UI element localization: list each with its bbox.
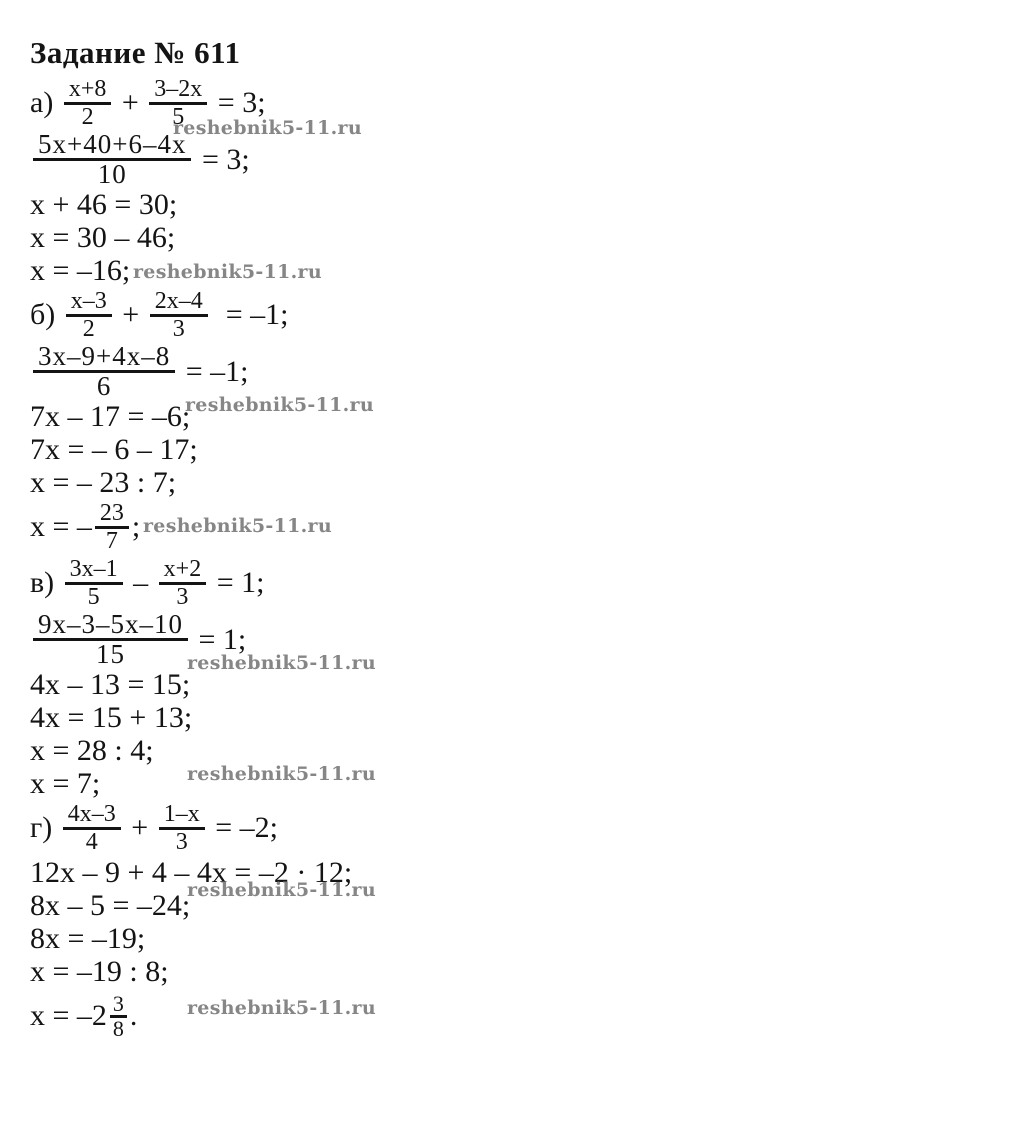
watermark: reshebnik5-11.ru bbox=[173, 119, 362, 138]
math-text: = 3; bbox=[194, 144, 249, 176]
line-b-step1: 7x – 17 = –6;reshebnik5-11.ru bbox=[30, 400, 1035, 433]
math-text: 7x = – 6 – 17; bbox=[30, 434, 198, 466]
watermark: reshebnik5-11.ru bbox=[187, 765, 376, 784]
math-text: = –1; bbox=[211, 299, 289, 331]
fraction-numerator: 3x–9+4x–8 bbox=[33, 343, 175, 370]
math-text: б) bbox=[30, 299, 63, 331]
math-text: x = 7; bbox=[30, 768, 100, 800]
math-text: + bbox=[114, 87, 146, 119]
line-b-combined: 3x–9+4x–86 = –1; bbox=[30, 343, 1035, 400]
math-text: 4x = 15 + 13; bbox=[30, 702, 192, 734]
line-g-equation: г) 4x–34 + 1–x3 = –2; bbox=[30, 800, 1035, 856]
math-text: x = –19 : 8; bbox=[30, 956, 169, 988]
fraction-numerator: 1–x bbox=[159, 802, 205, 827]
math-text: x = – 23 : 7; bbox=[30, 467, 176, 499]
line-g-step3: 8x = –19; bbox=[30, 922, 1035, 955]
fraction: 3x–15 bbox=[65, 557, 123, 610]
line-g-step4: x = –19 : 8; bbox=[30, 955, 1035, 988]
fraction: x+23 bbox=[159, 557, 207, 610]
fraction-denominator: 3 bbox=[171, 830, 193, 855]
line-b-step3: x = – 23 : 7; bbox=[30, 466, 1035, 499]
line-b-step2: 7x = – 6 – 17; bbox=[30, 433, 1035, 466]
fraction-denominator: 4 bbox=[81, 830, 103, 855]
line-v-step3: x = 28 : 4; bbox=[30, 734, 1035, 767]
fraction: 3x–9+4x–86 bbox=[33, 343, 175, 400]
math-text: . bbox=[130, 1000, 138, 1032]
line-g-step2: 8x – 5 = –24;reshebnik5-11.ru bbox=[30, 889, 1035, 922]
fraction-numerator: 9x–3–5x–10 bbox=[33, 611, 188, 638]
fraction: 4x–34 bbox=[63, 802, 121, 855]
watermark: reshebnik5-11.ru bbox=[185, 396, 374, 415]
watermark: reshebnik5-11.ru bbox=[187, 999, 376, 1018]
math-text: в) bbox=[30, 567, 62, 599]
line-b-answer: x = –237;reshebnik5-11.ru bbox=[30, 499, 1035, 555]
math-text: 4x – 13 = 15; bbox=[30, 669, 190, 701]
math-text: 7x – 17 = –6; bbox=[30, 401, 190, 433]
math-text: x = 30 – 46; bbox=[30, 222, 175, 254]
fraction-denominator: 6 bbox=[92, 373, 117, 400]
math-text: – bbox=[126, 567, 156, 599]
math-content: а) x+82 + 3–2x5 = 3;5x+40+6–4x10 = 3;res… bbox=[30, 75, 1035, 1044]
watermark: reshebnik5-11.ru bbox=[143, 517, 332, 536]
line-g-step1: 12x – 9 + 4 – 4x = –2 · 12; bbox=[30, 856, 1035, 889]
math-text: = 3; bbox=[210, 87, 265, 119]
line-a-answer: x = –16;reshebnik5-11.ru bbox=[30, 254, 1035, 287]
line-b-equation: б) x–32 + 2x–43 = –1; bbox=[30, 287, 1035, 343]
fraction-denominator: 8 bbox=[110, 1018, 127, 1040]
watermark: reshebnik5-11.ru bbox=[187, 881, 376, 900]
line-a-step1: x + 46 = 30; bbox=[30, 188, 1035, 221]
line-v-answer: x = 7;reshebnik5-11.ru bbox=[30, 767, 1035, 800]
fraction-numerator: 3x–1 bbox=[65, 557, 123, 582]
fraction-denominator: 2 bbox=[77, 105, 99, 130]
line-v-step2: 4x = 15 + 13; bbox=[30, 701, 1035, 734]
fraction: x–32 bbox=[66, 289, 112, 342]
fraction: 5x+40+6–4x10 bbox=[33, 131, 191, 188]
math-text: x = 28 : 4; bbox=[30, 735, 154, 767]
math-text: 8x – 5 = –24; bbox=[30, 890, 190, 922]
math-text: а) bbox=[30, 87, 61, 119]
line-a-combined: 5x+40+6–4x10 = 3;reshebnik5-11.ru bbox=[30, 131, 1035, 188]
math-text: = –2; bbox=[208, 812, 278, 844]
line-v-step1: 4x – 13 = 15; bbox=[30, 668, 1035, 701]
fraction-numerator: x+2 bbox=[159, 557, 207, 582]
math-text: + bbox=[115, 299, 147, 331]
fraction-numerator: 3–2x bbox=[149, 77, 207, 102]
math-text: 8x = –19; bbox=[30, 923, 145, 955]
fraction: x+82 bbox=[64, 77, 112, 130]
fraction-numerator: x–3 bbox=[66, 289, 112, 314]
fraction-denominator: 10 bbox=[93, 161, 132, 188]
fraction: 38 bbox=[110, 993, 127, 1040]
math-text: = 1; bbox=[209, 567, 264, 599]
line-v-combined: 9x–3–5x–1015 = 1;reshebnik5-11.ru bbox=[30, 611, 1035, 668]
line-v-equation: в) 3x–15 – x+23 = 1; bbox=[30, 555, 1035, 611]
math-text: = 1; bbox=[191, 624, 246, 656]
fraction: 237 bbox=[95, 501, 129, 554]
fraction: 9x–3–5x–1015 bbox=[33, 611, 188, 668]
page-title: Задание № 611 bbox=[30, 34, 1035, 71]
line-g-answer: x = –238.reshebnik5-11.ru bbox=[30, 988, 1035, 1044]
fraction-numerator: 23 bbox=[95, 501, 129, 526]
solution-page: Задание № 611 а) x+82 + 3–2x5 = 3;5x+40+… bbox=[0, 0, 1035, 1126]
fraction-numerator: 2x–4 bbox=[150, 289, 208, 314]
fraction-denominator: 5 bbox=[83, 585, 105, 610]
watermark: reshebnik5-11.ru bbox=[133, 263, 322, 282]
math-text: x = –2 bbox=[30, 1000, 107, 1032]
math-text: x = – bbox=[30, 511, 92, 543]
fraction-denominator: 15 bbox=[91, 641, 130, 668]
fraction-denominator: 3 bbox=[168, 317, 190, 342]
math-text: x = –16; bbox=[30, 255, 130, 287]
line-a-step2: x = 30 – 46; bbox=[30, 221, 1035, 254]
fraction-numerator: 5x+40+6–4x bbox=[33, 131, 191, 158]
fraction-denominator: 7 bbox=[101, 529, 123, 554]
fraction-numerator: 3 bbox=[110, 993, 127, 1015]
math-text: x + 46 = 30; bbox=[30, 189, 177, 221]
fraction-denominator: 2 bbox=[78, 317, 100, 342]
fraction: 2x–43 bbox=[150, 289, 208, 342]
fraction-numerator: 4x–3 bbox=[63, 802, 121, 827]
math-text: ; bbox=[132, 511, 140, 543]
fraction-denominator: 3 bbox=[171, 585, 193, 610]
math-text: = –1; bbox=[178, 356, 248, 388]
math-text: г) bbox=[30, 812, 60, 844]
fraction: 1–x3 bbox=[159, 802, 205, 855]
math-text: + bbox=[124, 812, 156, 844]
fraction-numerator: x+8 bbox=[64, 77, 112, 102]
